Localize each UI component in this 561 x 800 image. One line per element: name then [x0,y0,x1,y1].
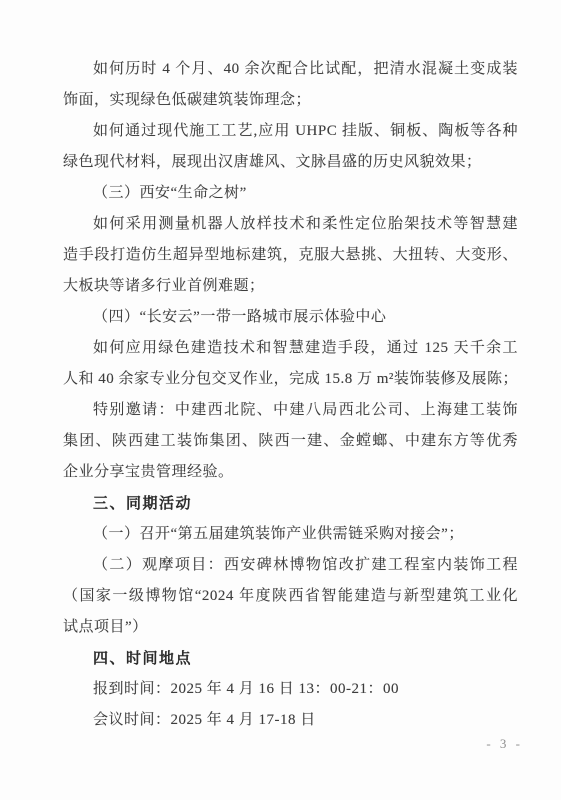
document-line: 绿色现代材料，展现出汉唐雄风、文脉昌盛的历史风貌效果； [63,147,518,178]
page-number: - 3 - [486,736,523,751]
document-line: 如何历时 4 个月、40 余次配合比试配，把清水混凝土变成装 [63,54,518,85]
document-line: （四）“长安云”一带一路城市展示体验中心 [63,302,518,333]
document-page: 如何历时 4 个月、40 余次配合比试配，把清水混凝土变成装饰面，实现绿色低碳建… [0,0,561,800]
document-line: 饰面，实现绿色低碳建筑装饰理念； [63,85,518,116]
document-line: 报到时间：2025 年 4 月 16 日 13：00-21：00 [63,674,518,705]
document-line: 如何应用绿色建造技术和智慧建造手段，通过 125 天千余工 [63,333,518,364]
document-line: 会议时间：2025 年 4 月 17-18 日 [63,705,518,736]
document-line: 大板块等诸多行业首例难题； [63,271,518,302]
document-line: （一）召开“第五届建筑装饰产业供需链采购对接会”； [63,519,518,550]
section-heading: 四、时间地点 [63,643,518,674]
document-line: （国家一级博物馆“2024 年度陕西省智能建造与新型建筑工业化 [63,581,518,612]
page-footer: - 3 - [486,736,523,752]
document-line: 如何采用测量机器人放样技术和柔性定位胎架技术等智慧建 [63,209,518,240]
document-line: 企业分享宝贵管理经验。 [63,457,518,488]
document-line: （三）西安“生命之树” [63,178,518,209]
document-line: （二）观摩项目：西安碑林博物馆改扩建工程室内装饰工程 [63,550,518,581]
document-line: 试点项目”） [63,612,518,643]
document-line: 集团、陕西建工装饰集团、陕西一建、金螳螂、中建东方等优秀 [63,426,518,457]
document-line: 特别邀请：中建西北院、中建八局西北公司、上海建工装饰 [63,395,518,426]
document-line: 造手段打造仿生超异型地标建筑，克服大悬挑、大扭转、大变形、 [63,240,518,271]
section-heading: 三、同期活动 [63,488,518,519]
document-body: 如何历时 4 个月、40 余次配合比试配，把清水混凝土变成装饰面，实现绿色低碳建… [63,54,518,736]
document-line: 人和 40 余家专业分包交叉作业，完成 15.8 万 m²装饰装修及展陈； [63,364,518,395]
document-line: 如何通过现代施工工艺,应用 UHPC 挂版、铜板、陶板等各种 [63,116,518,147]
